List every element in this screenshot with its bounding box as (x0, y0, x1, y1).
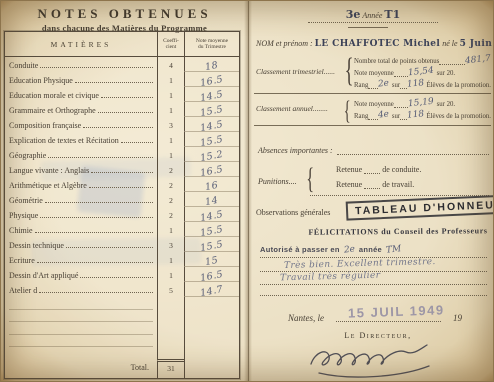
divider-rule (254, 125, 491, 126)
right-page-summary: 3e Année T1 NOM et prénom : LE CHAFFOTEC… (248, 1, 494, 382)
moyenne-annuelle-line: Note moyenne 15,19 sur 20. (354, 98, 491, 108)
classement-trimestriel-label: Classement trimestriel...... (256, 67, 335, 76)
subject-label: Géométrie (9, 196, 43, 205)
table-row: Chimie 1 15.5 (5, 222, 239, 237)
header-subjects: MATIÈRES (5, 32, 157, 56)
divider-rule (254, 93, 491, 94)
dotted-leader (75, 82, 153, 83)
header-note-moyenne: Note moyenne du Trimestre (184, 32, 239, 56)
subject-label: Chimie (9, 226, 33, 235)
dotted-leader (101, 97, 153, 98)
date-dotted-line (336, 317, 441, 322)
header-coefficient: Coeffi- cient (157, 32, 184, 56)
points-line: Nombre total de points obtenus 481,7 (354, 55, 491, 65)
brace-glyph: { (345, 54, 354, 88)
subject-label: Education Physique (9, 76, 73, 85)
annee-label: Année (362, 11, 382, 20)
coefficient-value: 1 (157, 252, 184, 267)
subject-label: Composition française (9, 121, 81, 130)
grades-table: MATIÈRES Coeffi- cient Note moyenne du T… (4, 31, 240, 379)
coefficient-value: 4 (157, 57, 184, 72)
class-number-handwritten: 3e (346, 8, 361, 21)
table-row: Langue vivante : Anglais 2 16.5 (5, 162, 239, 177)
blank-rule (9, 334, 153, 335)
classement-annuel-lines: Note moyenne 15,19 sur 20. Rang 4e sur 1… (354, 98, 491, 120)
table-row: Dessin d'Art appliqué 1 16.5 (5, 267, 239, 282)
table-row: Géographie 1 15.2 (5, 147, 239, 162)
dotted-leader (40, 67, 153, 68)
coefficient-value: 2 (157, 177, 184, 192)
rang-value-handwritten: 2e (378, 78, 390, 89)
points-value-handwritten: 481,7 (465, 54, 492, 67)
effectif-annuel-handwritten: 118 (406, 109, 424, 121)
classement-trimestriel-lines: Nombre total de points obtenus 481,7 Not… (354, 55, 491, 89)
dotted-leader (98, 112, 153, 113)
blank-rule (9, 309, 153, 310)
total-coefficient: 31 (157, 359, 184, 378)
term-handwritten: T1 (384, 8, 400, 21)
subject-label: Grammaire et Orthographe (9, 106, 96, 115)
effectif-handwritten: 118 (406, 78, 424, 90)
dotted-leader (66, 247, 153, 248)
rang-annuel-handwritten: 4e (378, 109, 390, 120)
born-label: né le (442, 39, 457, 48)
dotted-leader (37, 262, 153, 263)
subjects-body: Conduite 4 18 Education Physique 1 16.5 … (5, 57, 239, 297)
moyenne-value-handwritten: 15,54 (407, 66, 434, 79)
table-row: Education morale et civique 1 14.5 (5, 87, 239, 102)
absences-line: Absences importantes : (258, 146, 489, 155)
blank-rule (9, 321, 153, 322)
retenue-conduite-line: Retenue de conduite. (336, 165, 456, 174)
grades-table-header: MATIÈRES Coeffi- cient Note moyenne du T… (5, 32, 239, 57)
left-page-notes: NOTES OBTENUES dans chacune des Matières… (1, 1, 248, 382)
observation-note-line2: Travail très régulier (260, 266, 487, 285)
table-row: Physique 2 14.5 (5, 207, 239, 222)
coefficient-value: 2 (157, 192, 184, 207)
table-row: Composition française 3 14.5 (5, 117, 239, 132)
blank-dotted-line (310, 189, 489, 196)
moyenne-line: Note moyenne 15,54 sur 20. (354, 67, 491, 77)
city-date-label: Nantes, le (288, 313, 324, 323)
subject-label: Atelier d (9, 286, 37, 295)
observations-label: Observations générales (256, 208, 330, 217)
subject-label: Physique (9, 211, 38, 220)
subject-label: Arithmétique et Algèbre (9, 181, 87, 190)
subject-label: Explication de textes et Récitation (9, 136, 119, 145)
blank-rule (9, 346, 153, 347)
note2-handwritten: Travail très régulier (280, 271, 381, 284)
coefficient-value: 1 (157, 102, 184, 117)
blank-dotted-line (260, 289, 487, 296)
table-row: Arithmétique et Algèbre 2 16 (5, 177, 239, 192)
brace-glyph: { (344, 98, 351, 124)
dotted-leader (35, 232, 153, 233)
subject-label: Ecriture (9, 256, 35, 265)
table-row: Ecriture 1 15 (5, 252, 239, 267)
retenue-travail-line: Retenue de travail. (336, 180, 456, 189)
dotted-leader (121, 142, 153, 143)
dotted-leader (91, 172, 153, 173)
coefficient-value: 1 (157, 267, 184, 282)
moyenne-annuelle-handwritten: 15,19 (407, 97, 434, 110)
table-row: Explication de textes et Récitation 1 15… (5, 132, 239, 147)
rang-line: Rang 2e sur 118 Élèves de la promotion. (354, 79, 491, 89)
tableau-honneur-stamp: TABLEAU D'HONNEUR (346, 194, 494, 220)
coefficient-value: 2 (157, 207, 184, 222)
director-signature (303, 337, 443, 381)
subject-label: Géographie (9, 151, 46, 160)
felicitations-stamp: FÉLICITATIONS du Conseil des Professeurs (303, 226, 493, 237)
coefficient-value: 3 (157, 117, 184, 132)
subject-label: Dessin technique (9, 241, 64, 250)
total-label: Total. (5, 359, 157, 378)
coefficient-value: 1 (157, 147, 184, 162)
coefficient-value: 5 (157, 282, 184, 297)
dotted-leader (83, 127, 153, 128)
coefficient-value: 1 (157, 222, 184, 237)
page-title: NOTES OBTENUES (1, 6, 248, 22)
student-name-handwritten: LE CHAFFOTEC Michel (315, 39, 441, 49)
classement-annuel-label: Classement annuel........ (256, 104, 328, 113)
coefficient-value: 3 (157, 237, 184, 252)
dotted-leader (40, 217, 153, 218)
year-term-line: 3e Année T1 (308, 8, 438, 23)
coefficient-value: 1 (157, 87, 184, 102)
dotted-leader (39, 292, 153, 293)
absences-label: Absences importantes : (258, 146, 333, 155)
identity-line: NOM et prénom : LE CHAFFOTEC Michel né l… (256, 39, 491, 49)
rang-annuel-line: Rang 4e sur 118 Élèves de la promotion. (354, 110, 491, 120)
total-row: Total. 31 (5, 359, 239, 378)
year-prefix: 19 (453, 313, 462, 323)
table-row: Education Physique 1 16.5 (5, 72, 239, 87)
table-row: Atelier d 5 14.7 (5, 282, 239, 297)
subject-label: Dessin d'Art appliqué (9, 271, 78, 280)
table-row: Conduite 4 18 (5, 57, 239, 72)
name-label: NOM et prénom : (256, 39, 313, 48)
report-card-scan: NOTES OBTENUES dans chacune des Matières… (0, 0, 494, 382)
subject-label: Education morale et civique (9, 91, 99, 100)
coefficient-value: 1 (157, 72, 184, 87)
coefficient-value: 2 (157, 162, 184, 177)
subject-label: Langue vivante : Anglais (9, 166, 89, 175)
dotted-leader (80, 277, 153, 278)
birth-date-handwritten: 5 Juin 1932 (460, 39, 494, 49)
dotted-leader (48, 157, 153, 158)
punitions-label: Punitions.... (258, 177, 297, 186)
short-rule (348, 27, 388, 28)
table-row: Géométrie 2 14 (5, 192, 239, 207)
table-row: Grammaire et Orthographe 1 15.5 (5, 102, 239, 117)
table-row: Dessin technique 3 15.5 (5, 237, 239, 252)
subject-label: Conduite (9, 61, 38, 70)
dotted-leader (89, 187, 153, 188)
coefficient-value: 1 (157, 132, 184, 147)
dotted-leader (45, 202, 153, 203)
blank-rows (5, 297, 239, 359)
